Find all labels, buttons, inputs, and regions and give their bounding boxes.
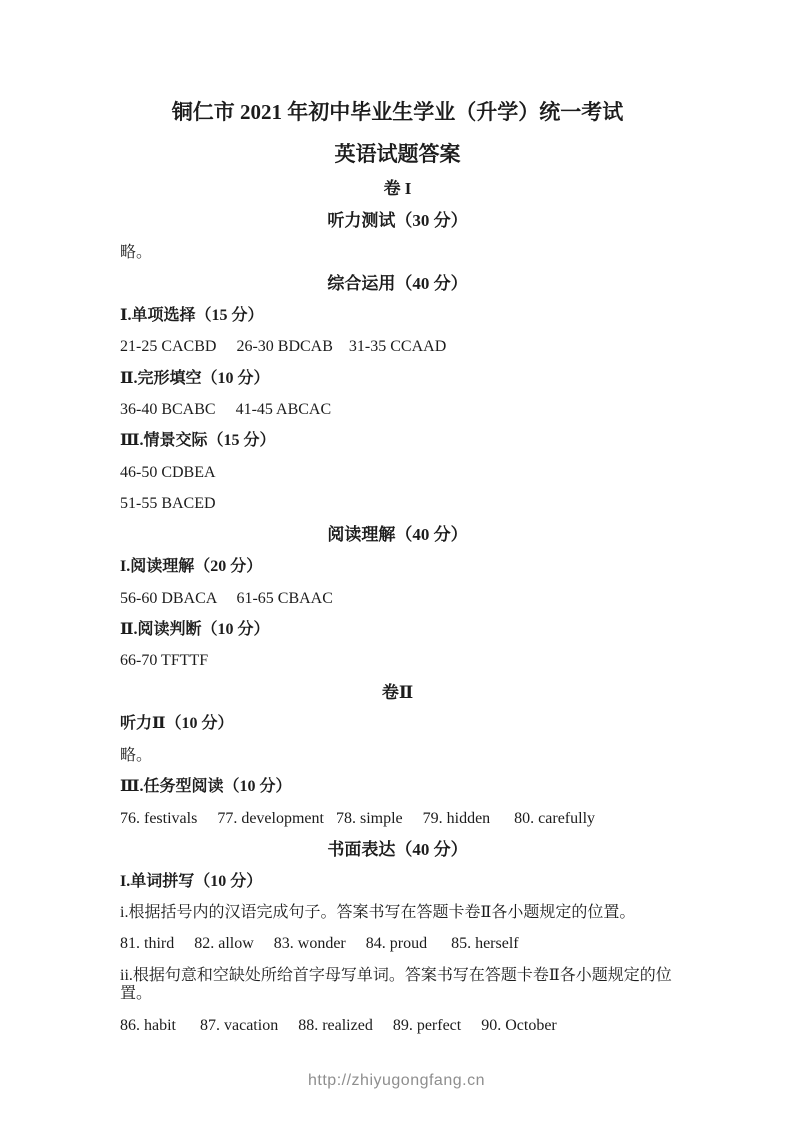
reading-section-heading: 阅读理解（40 分） <box>120 526 675 545</box>
reading-judgement-heading: Ⅱ.阅读判断（10 分） <box>120 621 675 639</box>
listening-omitted-note: 略。 <box>120 244 675 262</box>
volume2-heading: 卷Ⅱ <box>120 684 675 703</box>
footer-watermark-url: http://zhiyugongfang.cn <box>0 1072 793 1090</box>
situational-answers-1: 46-50 CDBEA <box>120 464 675 482</box>
task-reading-answers: 76. festivals 77. development 78. simple… <box>120 810 675 828</box>
cloze-heading: Ⅱ.完形填空（10 分） <box>120 370 675 388</box>
task-reading-heading: Ⅲ.任务型阅读（10 分） <box>120 778 675 796</box>
word-spelling-heading: I.单词拼写（10 分） <box>120 873 675 891</box>
reading-comprehension-heading: I.阅读理解（20 分） <box>120 558 675 576</box>
single-choice-answers: 21-25 CACBD 26-30 BDCAB 31-35 CCAAD <box>120 338 675 356</box>
listening2-heading: 听力Ⅱ（10 分） <box>120 715 675 733</box>
listening2-omitted-note: 略。 <box>120 747 675 765</box>
situational-dialogue-heading: Ⅲ.情景交际（15 分） <box>120 432 675 450</box>
doc-subtitle: 英语试题答案 <box>120 142 675 166</box>
reading-comprehension-answers: 56-60 DBACA 61-65 CBAAC <box>120 590 675 608</box>
single-choice-heading: Ⅰ.单项选择（15 分） <box>120 307 675 325</box>
spelling-part-i-answers: 81. third 82. allow 83. wonder 84. proud… <box>120 935 675 953</box>
volume1-heading: 卷 I <box>120 180 675 199</box>
document-page: 铜仁市 2021 年初中毕业生学业（升学）统一考试 英语试题答案 卷 I 听力测… <box>0 0 793 1122</box>
reading-judgement-answers: 66-70 TFTTF <box>120 652 675 670</box>
listening-test-heading: 听力测试（30 分） <box>120 212 675 231</box>
doc-title: 铜仁市 2021 年初中毕业生学业（升学）统一考试 <box>120 100 675 124</box>
situational-answers-2: 51-55 BACED <box>120 495 675 513</box>
spelling-part-ii-answers: 86. habit 87. vacation 88. realized 89. … <box>120 1017 675 1035</box>
written-expression-heading: 书面表达（40 分） <box>120 841 675 860</box>
comprehensive-use-heading: 综合运用（40 分） <box>120 275 675 294</box>
spelling-part-ii-instruction: ii.根据句意和空缺处所给首字母写单词。答案书写在答题卡卷Ⅱ各小题规定的位置。 <box>120 967 675 1004</box>
spelling-part-i-instruction: i.根据括号内的汉语完成句子。答案书写在答题卡卷Ⅱ各小题规定的位置。 <box>120 904 675 922</box>
cloze-answers: 36-40 BCABC 41-45 ABCAC <box>120 401 675 419</box>
